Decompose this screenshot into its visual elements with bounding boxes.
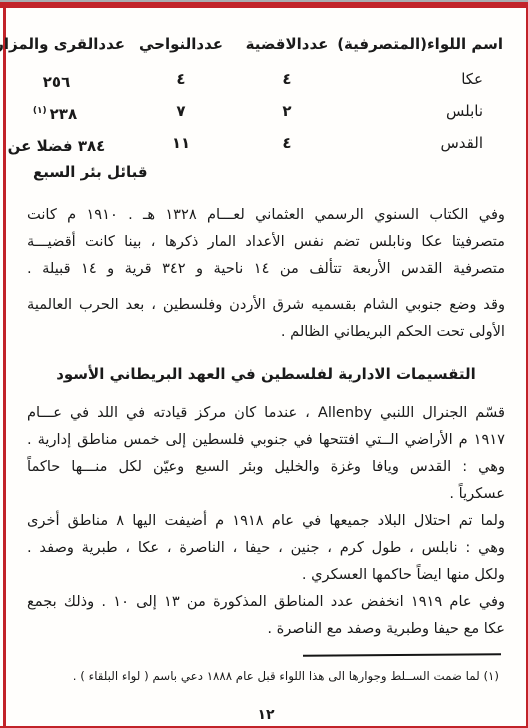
table-cell-village-count: ٢٥٦ (0, 65, 125, 97)
paragraph-british-rule: وقد وضع جنوبي الشام بقسميه شرق الأردن وف… (27, 291, 505, 345)
footnote-text: (١) لما ضمت الســلط وجوارها الى هذا اللو… (27, 667, 505, 685)
footnote-separator-rule (303, 653, 501, 656)
table-header-nahiya-count: عددالنواحي (125, 32, 237, 65)
table-continuation-line: قبائل بئر السبع (27, 161, 505, 183)
table-cell-nahiya-count: ٧ (125, 97, 237, 129)
text-line: وقد وضع جنوبي الشام بقسميه شرق الأردن وف… (27, 291, 505, 318)
table-cell-village-count: ٢٣٨(١) (0, 97, 125, 129)
text-line: متصرفيتا عكا ونابلس تضم نفس الأعداد الما… (27, 228, 505, 255)
text-line: عسكرياً . (27, 480, 505, 507)
table-cell-qada-count: ٤ (237, 65, 337, 97)
table-header-village-count: عددالقرى والمزارع (0, 32, 125, 65)
table-cell-nahiya-count: ١١ (125, 129, 237, 161)
text-line: وهي : نابلس ، طول كرم ، جنين ، حيفا ، ال… (27, 534, 505, 561)
paragraph-five-districts: وهي : القدس ويافا وغزة والخليل وبئر السب… (27, 453, 505, 507)
table-cell-liwa-name: عكا (337, 65, 505, 97)
table-cell-qada-count: ٤ (237, 129, 337, 161)
paragraph-eight-added-districts: ولما تم احتلال البلاد جميعها في عام ١٩١٨… (27, 507, 505, 588)
village-count-value: ٣٨٤ فضلا عن (8, 137, 106, 155)
text-line: وهي : القدس ويافا وغزة والخليل وبئر السب… (27, 453, 505, 480)
text-line: ولكل منها ايضاً حاكمها العسكري . (27, 561, 505, 588)
paragraph-ottoman-yearbook: وفي الكتاب السنوي الرسمي العثماني لعـــا… (27, 201, 505, 282)
text-line: ١٩١٧ م الأراضي الــتي افتتحها في جنوبي ف… (27, 426, 505, 453)
section-heading: التقسيمات الادارية لفلسطين في العهد البر… (27, 362, 505, 386)
text-line: وفي عام ١٩١٩ انخفض عدد المناطق المذكورة … (27, 588, 505, 615)
page-content: اسم اللواء(المتصرفية) عددالاقضية عددالنو… (27, 8, 505, 723)
text-line: متصرفية القدس الأربعة تتألف من ١٤ ناحية … (27, 255, 505, 282)
text-line: ولما تم احتلال البلاد جميعها في عام ١٩١٨… (27, 507, 505, 534)
table-header-qada-count: عددالاقضية (237, 32, 337, 65)
table-cell-village-count: ٣٨٤ فضلا عن (0, 129, 125, 161)
table-header-liwa-name: اسم اللواء(المتصرفية) (337, 32, 505, 65)
table-cell-qada-count: ٢ (237, 97, 337, 129)
village-count-value: ٢٥٦ (43, 73, 70, 91)
paragraph-districts-reduced: وفي عام ١٩١٩ انخفض عدد المناطق المذكورة … (27, 588, 505, 642)
table-cell-nahiya-count: ٤ (125, 65, 237, 97)
table-cell-liwa-name: القدس (337, 129, 505, 161)
village-count-value: ٢٣٨ (50, 105, 77, 123)
text-line: الأولى تحت الحكم البريطاني الظالم . (27, 318, 505, 345)
table-cell-liwa-name: نابلس (337, 97, 505, 129)
scanned-book-page: اسم اللواء(المتصرفية) عددالاقضية عددالنو… (0, 0, 528, 728)
admin-divisions-table: اسم اللواء(المتصرفية) عددالاقضية عددالنو… (27, 32, 505, 161)
footnote-marker: (١) (33, 106, 50, 116)
paragraph-allenby-division: قسّم الجنرال اللنبي Allenby ، عندما كان … (27, 399, 505, 453)
text-line: وفي الكتاب السنوي الرسمي العثماني لعـــا… (27, 201, 505, 228)
page-number: ١٢ (27, 707, 505, 723)
text-line: قسّم الجنرال اللنبي Allenby ، عندما كان … (27, 399, 505, 426)
text-line: عكا مع حيفا وطبرية وصفد مع الناصرة . (27, 615, 505, 642)
